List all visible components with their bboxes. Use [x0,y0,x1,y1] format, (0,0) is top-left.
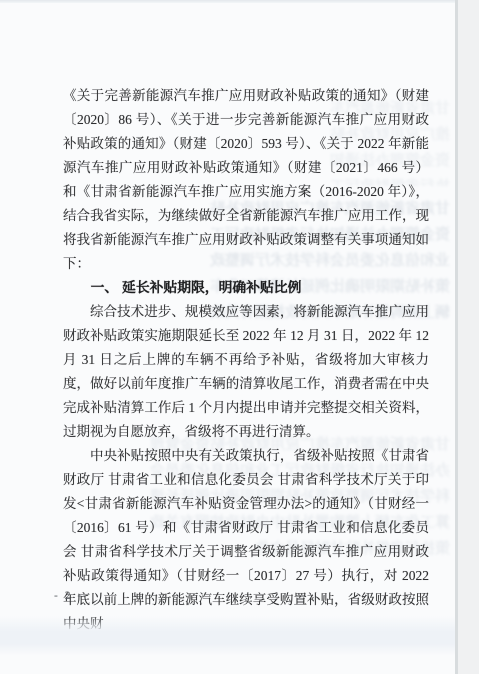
scan-band-top [0,0,479,3]
scanned-document-page: 甘肃省新能源汽车推广应用财政补贴资金管理办法通知执行省级财政厅工业和信息化委员会… [0,0,479,674]
section-heading: 一、 延长补贴期限，明确补贴比例 [63,276,429,300]
paragraph-subsidy-policy-basis: 中央补贴按照中央有关政策执行，省级补贴按照《甘肃省财政厅 甘肃省工业和信息化委员… [63,444,429,636]
page-edge-shadow [455,0,458,674]
paragraph-continuation: 《关于完善新能源汽车推广应用财政补贴政策的通知》（财建〔2020〕86 号）、《… [63,84,429,276]
scan-edge-shade [458,0,479,674]
document-body: 《关于完善新能源汽车推广应用财政补贴政策的通知》（财建〔2020〕86 号）、《… [63,84,429,636]
scan-band-bottom [0,616,479,656]
paragraph-subsidy-deadline: 综合技术进步、规模效应等因素，将新能源汽车推广应用财政补贴政策实施期限延长至 2… [63,300,429,444]
page-number: - 2 - [54,590,83,602]
